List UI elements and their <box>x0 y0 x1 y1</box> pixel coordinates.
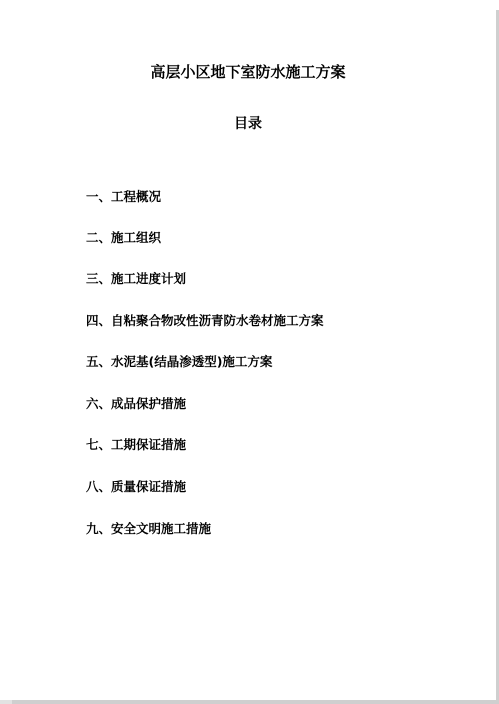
page-shadow-bottom <box>12 700 499 704</box>
toc-item-9: 九、安全文明施工措施 <box>86 521 211 537</box>
document-page: 高层小区地下室防水施工方案 目录 一、工程概况 二、施工组织 三、施工进度计划 … <box>0 0 496 700</box>
toc-item-1: 一、工程概况 <box>86 189 161 205</box>
toc-item-4: 四、自粘聚合物改性沥青防水卷材施工方案 <box>86 313 324 329</box>
toc-item-8: 八、质量保证措施 <box>86 479 186 495</box>
toc-item-7: 七、工期保证措施 <box>86 437 186 453</box>
toc-item-6: 六、成品保护措施 <box>86 396 186 412</box>
page-shadow-bottom-left <box>0 700 12 704</box>
toc-item-2: 二、施工组织 <box>86 230 161 246</box>
toc-heading: 目录 <box>0 115 496 133</box>
document-title: 高层小区地下室防水施工方案 <box>0 63 496 81</box>
document-viewport: 高层小区地下室防水施工方案 目录 一、工程概况 二、施工组织 三、施工进度计划 … <box>0 0 499 704</box>
toc-item-5: 五、水泥基(结晶渗透型)施工方案 <box>86 354 272 370</box>
toc-item-3: 三、施工进度计划 <box>86 271 186 287</box>
